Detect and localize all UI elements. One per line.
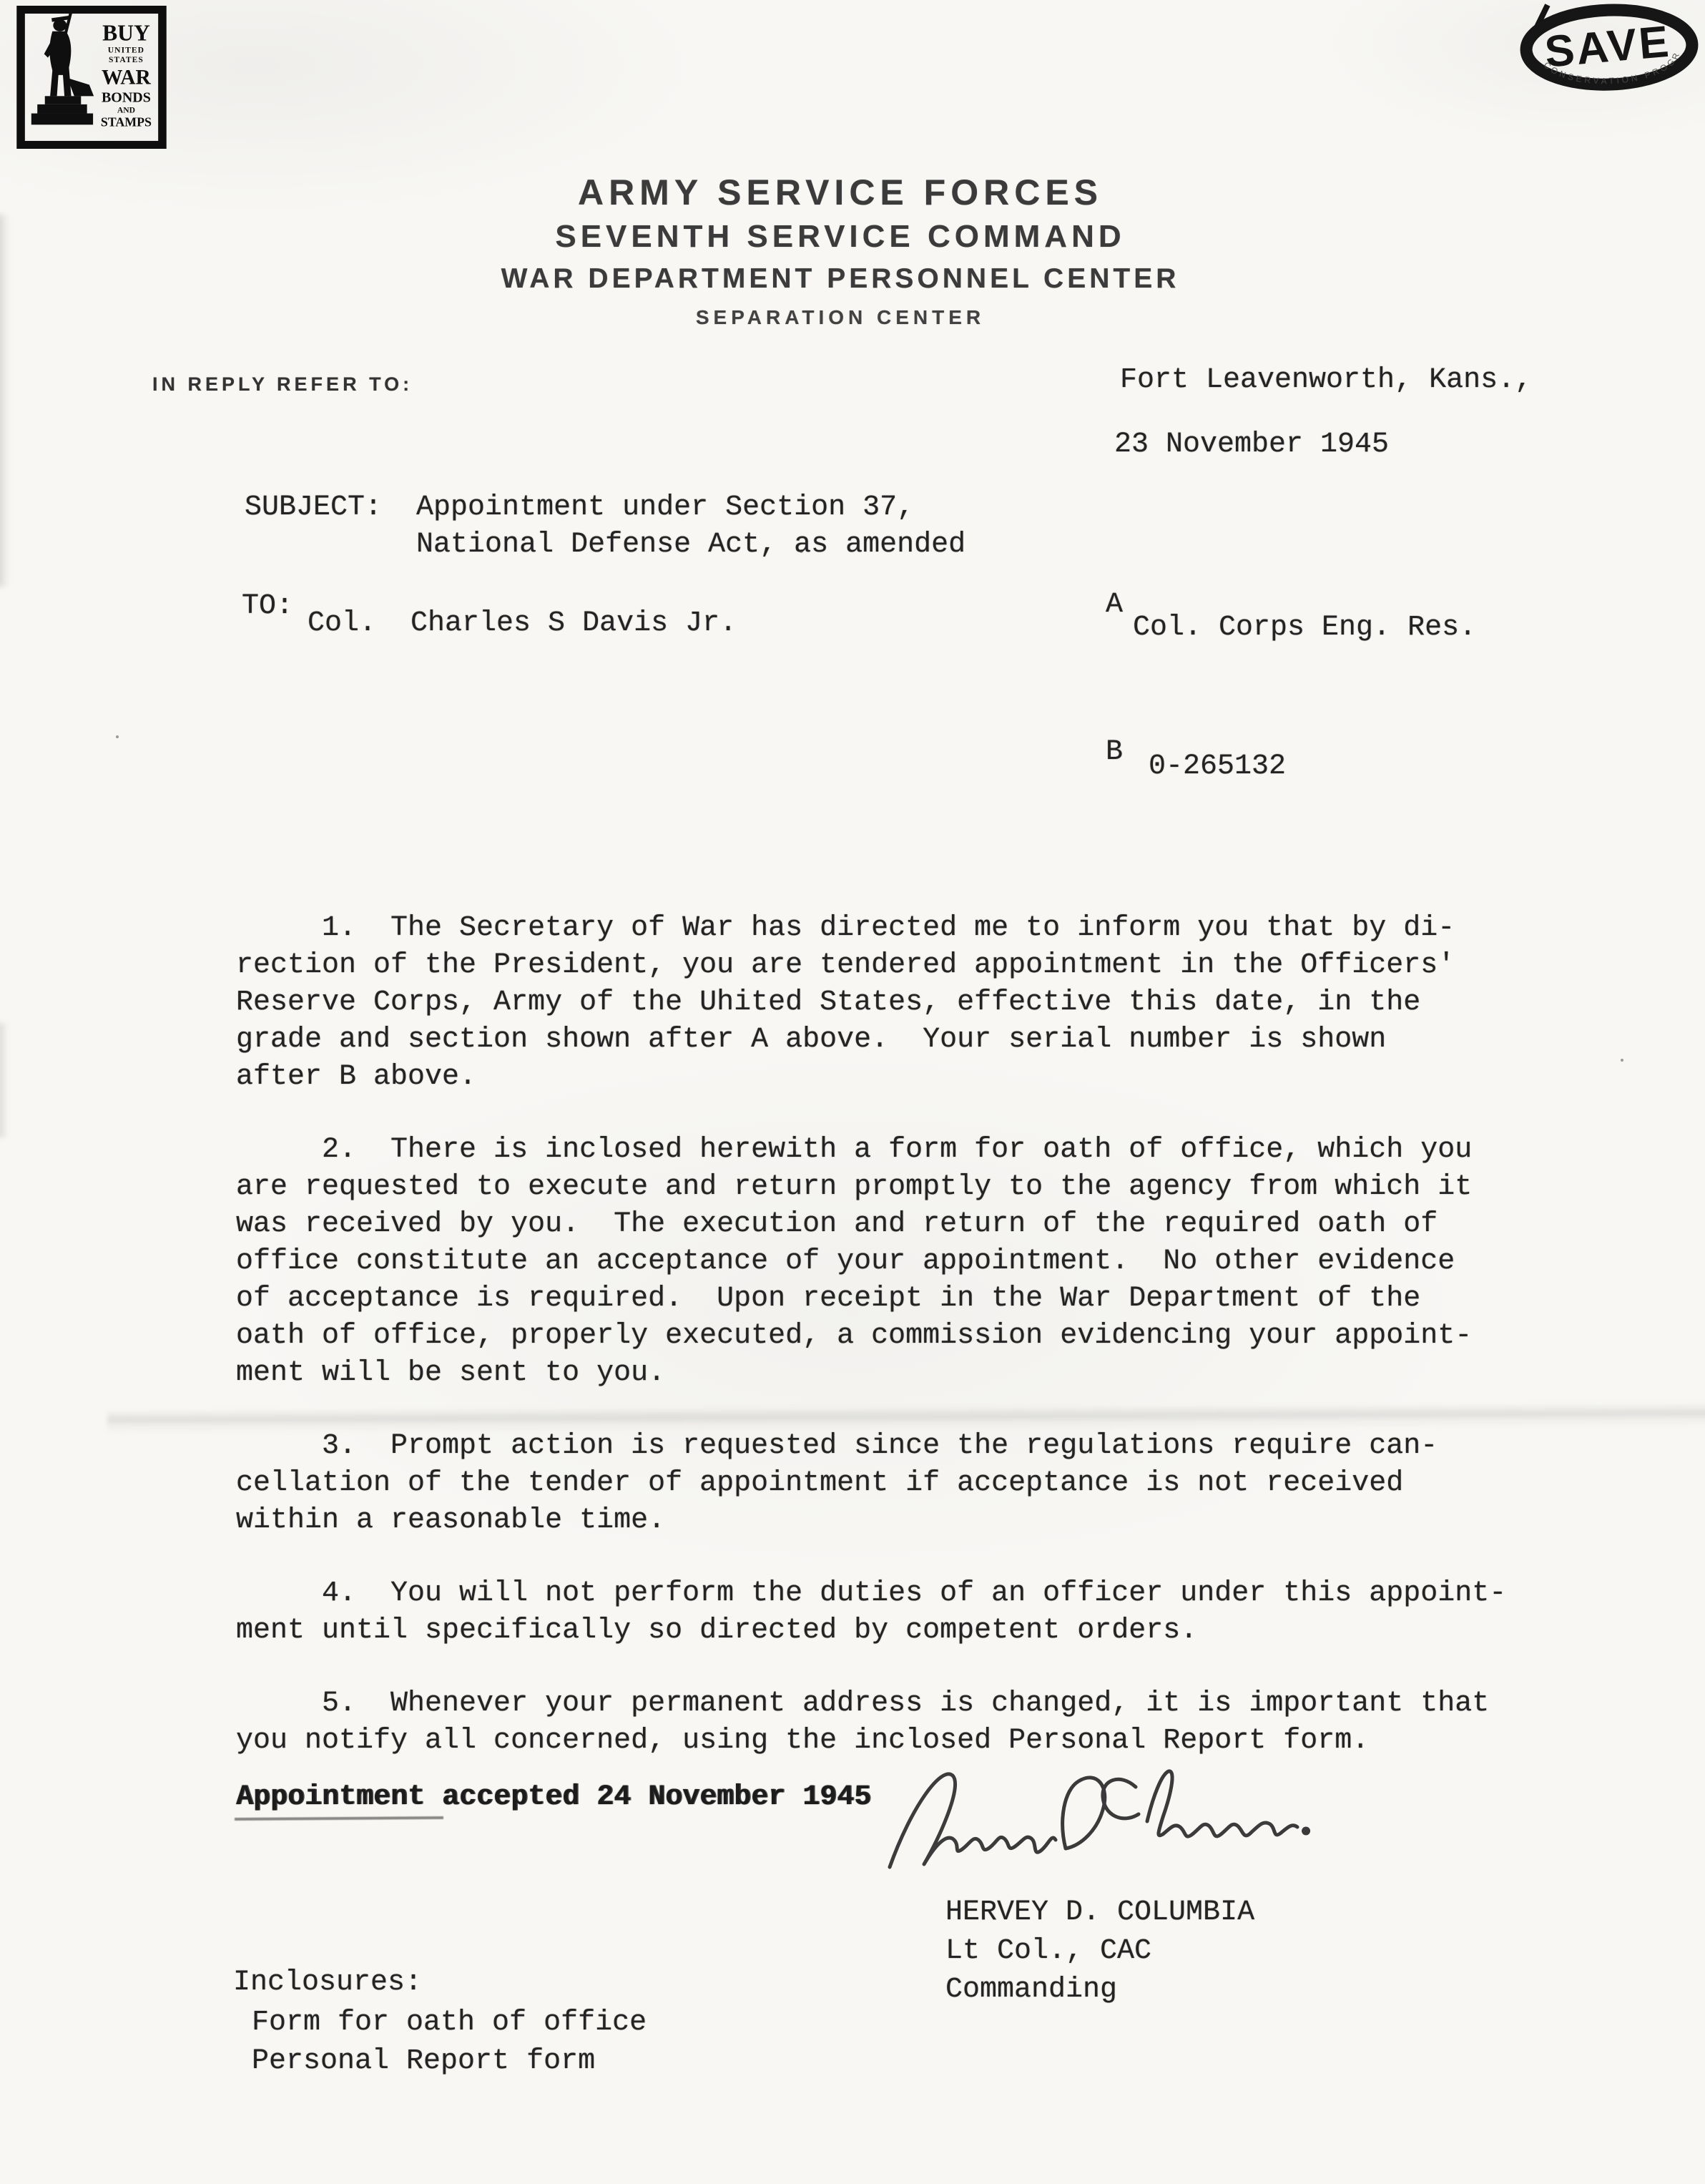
inclosures-label: Inclosures: (233, 1964, 422, 2002)
grade-value: Col. Corps Eng. Res. (1133, 609, 1476, 647)
paragraph-2: 2. There is inclosed herewith a form for… (236, 1132, 1566, 1392)
signature-title: Commanding (945, 1972, 1117, 2009)
letter-body: 1. The Secretary of War has directed me … (236, 910, 1566, 1796)
in-reply-refer-label: IN REPLY REFER TO: (152, 373, 413, 396)
signature-name: HERVEY D. COLUMBIA (945, 1894, 1254, 1931)
paragraph-4: 4. You will not perform the duties of an… (236, 1575, 1566, 1650)
paragraph-5: 5. Whenever your permanent address is ch… (236, 1685, 1566, 1760)
letterhead-center: WAR DEPARTMENT PERSONNEL CENTER (483, 263, 1198, 295)
scanned-letter-page: BUY UNITED STATES WAR BONDS AND STAMPS S… (0, 0, 1705, 2184)
save-stamp: SAVE CONSERVATION PROGRAM (1516, 0, 1705, 102)
inclosure-item: Personal Report form (252, 2043, 595, 2080)
scan-smudge (0, 1023, 7, 1137)
addressee-name: Col. Charles S Davis Jr. (308, 605, 737, 642)
to-label: TO: (242, 588, 293, 625)
letterhead-command: SEVENTH SERVICE COMMAND (483, 219, 1198, 255)
acceptance-underline (235, 1816, 443, 1821)
letterhead-separation-center: SEPARATION CENTER (483, 306, 1198, 329)
minuteman-icon: BUY UNITED STATES WAR BONDS AND STAMPS (13, 6, 170, 149)
paragraph-3: 3. Prompt action is requested since the … (236, 1428, 1566, 1539)
dateline-date: 23 November 1945 (1114, 426, 1389, 464)
signature-rank: Lt Col., CAC (945, 1933, 1151, 1970)
signature-script (878, 1754, 1372, 1894)
bonds-word-united: UNITED (108, 45, 144, 54)
inclosure-item: Form for oath of office (252, 2004, 647, 2042)
bonds-word-buy: BUY (102, 20, 150, 45)
grade-marker-a: A (1106, 587, 1123, 624)
dateline-place: Fort Leavenworth, Kans., (1120, 362, 1532, 399)
war-bonds-stamp: BUY UNITED STATES WAR BONDS AND STAMPS (13, 6, 170, 149)
subject-block: SUBJECT: Appointment under Section 37, N… (245, 489, 965, 564)
page-title: ARMY SERVICE FORCES (483, 172, 1198, 213)
bonds-word-states: STATES (109, 55, 144, 64)
bonds-word-stamps: STAMPS (101, 114, 152, 129)
handwritten-signature-icon (878, 1754, 1372, 1894)
bonds-word-bonds: BONDS (102, 90, 151, 106)
scan-smudge (0, 215, 10, 587)
serial-number: 0-265132 (1149, 748, 1286, 785)
paragraph-1: 1. The Secretary of War has directed me … (236, 910, 1566, 1096)
bonds-word-and: AND (117, 105, 135, 114)
bonds-word-war: WAR (102, 66, 151, 89)
letterhead: ARMY SERVICE FORCES SEVENTH SERVICE COMM… (483, 172, 1198, 329)
acceptance-line: Appointment accepted 24 November 1945 (236, 1779, 871, 1816)
scan-speck (116, 735, 119, 738)
scan-speck (1621, 1059, 1623, 1062)
serial-marker-b: B (1106, 734, 1123, 771)
save-oval-icon: SAVE CONSERVATION PROGRAM (1516, 0, 1705, 102)
